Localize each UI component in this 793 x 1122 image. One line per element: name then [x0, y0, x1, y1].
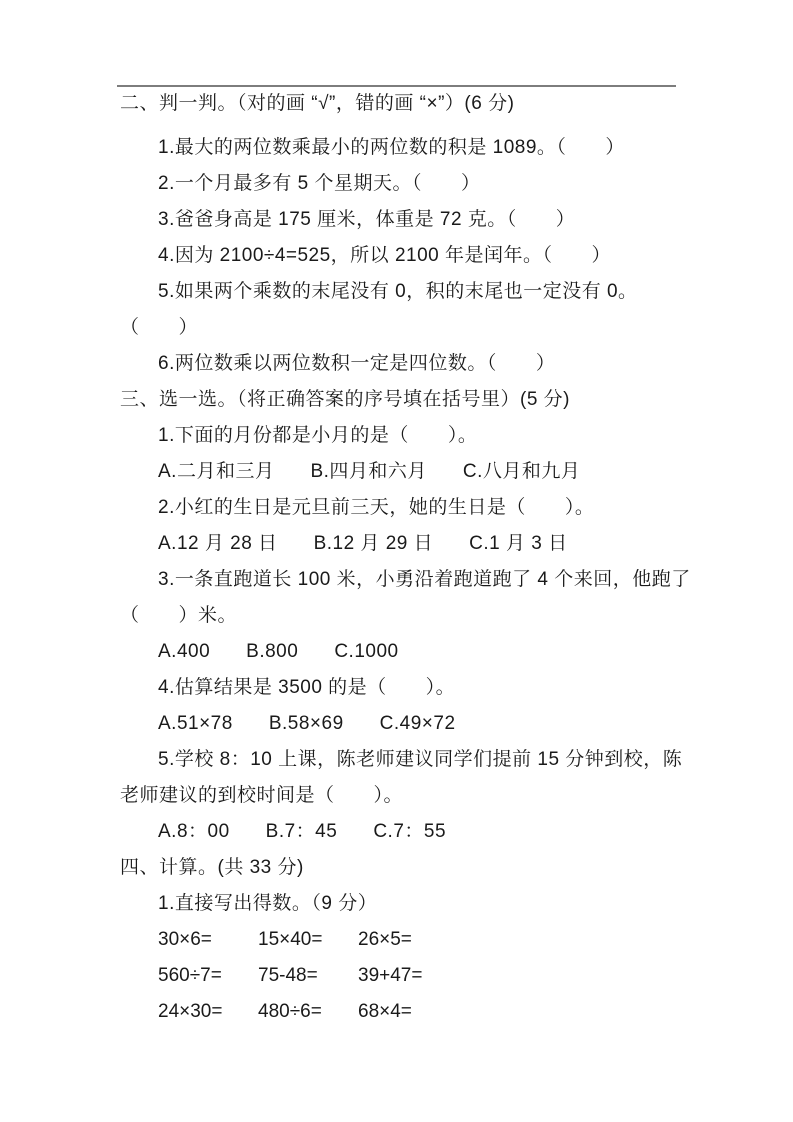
judge-question-4: 4.因为 2100÷4=525，所以 2100 年是闰年。（ ） — [120, 238, 692, 274]
equation: 15×40= — [258, 922, 358, 958]
choice-options-3: A.400 B.800 C.1000 — [120, 634, 692, 670]
judge-question-3: 3.爸爸身高是 175 厘米，体重是 72 克。（ ） — [120, 202, 692, 238]
equation: 75-48= — [258, 958, 358, 994]
option-c: C.八月和九月 — [463, 454, 581, 490]
section-choice-heading: 三、选一选。（将正确答案的序号填在括号里）(5 分) — [120, 382, 692, 418]
choice-question-5: 5.学校 8：10 上课，陈老师建议同学们提前 15 分钟到校，陈老师建议的到校… — [120, 742, 692, 814]
judge-question-1: 1.最大的两位数乘最小的两位数的积是 1089。（ ） — [120, 130, 692, 166]
equation: 68×4= — [358, 994, 412, 1030]
equation: 560÷7= — [158, 958, 258, 994]
equation: 480÷6= — [258, 994, 358, 1030]
judge-question-5: 5.如果两个乘数的末尾没有 0，积的末尾也一定没有 0。（ ） — [120, 274, 692, 346]
choice-options-5: A.8：00 B.7：45 C.7：55 — [120, 814, 692, 850]
choice-question-3: 3.一条直跑道长 100 米，小勇沿着跑道跑了 4 个来回，他跑了（ ）米。 — [120, 562, 692, 634]
equation-row-3: 24×30= 480÷6= 68×4= — [120, 994, 692, 1030]
option-c: C.1000 — [334, 634, 398, 670]
option-c: C.49×72 — [380, 706, 456, 742]
equation: 39+47= — [358, 958, 422, 994]
section-judge-heading: 二、判一判。（对的画 “√”，错的画 “×”）(6 分) — [120, 86, 692, 122]
option-a: A.8：00 — [158, 814, 230, 850]
option-b: B.12 月 29 日 — [314, 526, 434, 562]
choice-options-2: A.12 月 28 日 B.12 月 29 日 C.1 月 3 日 — [120, 526, 692, 562]
choice-options-4: A.51×78 B.58×69 C.49×72 — [120, 706, 692, 742]
choice-question-1: 1.下面的月份都是小月的是（ ）。 — [120, 418, 692, 454]
option-b: B.7：45 — [266, 814, 338, 850]
option-a: A.12 月 28 日 — [158, 526, 278, 562]
option-a: A.51×78 — [158, 706, 233, 742]
equation-row-2: 560÷7= 75-48= 39+47= — [120, 958, 692, 994]
worksheet-content: 二、判一判。（对的画 “√”，错的画 “×”）(6 分) 1.最大的两位数乘最小… — [120, 86, 692, 1030]
option-a: A.二月和三月 — [158, 454, 274, 490]
option-b: B.四月和六月 — [310, 454, 426, 490]
option-b: B.800 — [246, 634, 298, 670]
option-c: C.1 月 3 日 — [469, 526, 567, 562]
option-c: C.7：55 — [373, 814, 446, 850]
choice-question-4: 4.估算结果是 3500 的是（ ）。 — [120, 670, 692, 706]
equation-row-1: 30×6= 15×40= 26×5= — [120, 922, 692, 958]
calc-subheading: 1.直接写出得数。（9 分） — [120, 886, 692, 922]
judge-question-6: 6.两位数乘以两位数积一定是四位数。（ ） — [120, 346, 692, 382]
judge-question-2: 2.一个月最多有 5 个星期天。（ ） — [120, 166, 692, 202]
equation: 30×6= — [158, 922, 258, 958]
worksheet-page: 二、判一判。（对的画 “√”，错的画 “×”）(6 分) 1.最大的两位数乘最小… — [0, 0, 793, 1122]
option-b: B.58×69 — [269, 706, 344, 742]
choice-question-2: 2.小红的生日是元旦前三天，她的生日是（ ）。 — [120, 490, 692, 526]
choice-options-1: A.二月和三月 B.四月和六月 C.八月和九月 — [120, 454, 692, 490]
equation: 24×30= — [158, 994, 258, 1030]
section-calc-heading: 四、计算。(共 33 分) — [120, 850, 692, 886]
option-a: A.400 — [158, 634, 210, 670]
equation: 26×5= — [358, 922, 412, 958]
